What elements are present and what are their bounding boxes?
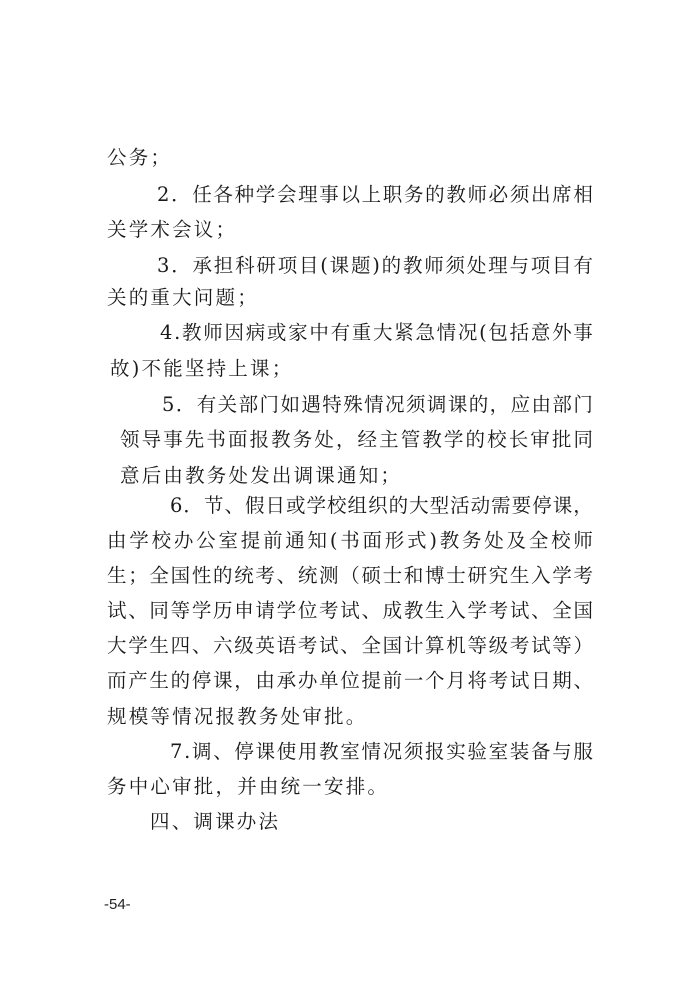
text-line: 故)不能坚持上课；: [110, 354, 293, 384]
text-line: 而产生的停课，由承办单位提前一个月将考试日期、: [107, 666, 593, 696]
text-line: 关的重大问题；: [107, 283, 259, 313]
text-line: 2．任各种学会理事以上职务的教师必须出席相: [157, 180, 593, 210]
text-line: 7.调、停课使用教室情况须报实验室装备与服: [170, 737, 593, 767]
text-line: 公务；: [107, 143, 172, 173]
document-page: 公务；2．任各种学会理事以上职务的教师必须出席相关学术会议；3．承担科研项目(课…: [0, 0, 695, 982]
text-line: 务中心审批，并由统一安排。: [107, 772, 389, 802]
text-line: 四、调课办法: [150, 807, 280, 837]
text-line: 4.教师因病或家中有重大紧急情况(包括意外事: [160, 318, 593, 348]
text-line: 规模等情况报教务处审批。: [107, 702, 367, 732]
text-line: 5．有关部门如遇特殊情况须调课的，应由部门: [162, 390, 593, 420]
page-number: -54-: [104, 896, 131, 913]
text-line: 领导事先书面报教务处，经主管教学的校长审批同: [120, 425, 593, 455]
text-line: 6．节、假日或学校组织的大型活动需要停课，: [170, 491, 593, 521]
text-line: 试、同等学历申请学位考试、成教生入学考试、全国: [107, 596, 593, 626]
text-line: 意后由教务处发出调课通知；: [120, 461, 402, 491]
text-line: 生；全国性的统考、统测（硕士和博士研究生入学考: [107, 561, 593, 591]
text-line: 3．承担科研项目(课题)的教师须处理与项目有: [157, 251, 593, 281]
text-line: 关学术会议；: [107, 215, 237, 245]
text-line: 由学校办公室提前通知(书面形式)教务处及全校师: [107, 526, 593, 556]
text-line: 大学生四、六级英语考试、全国计算机等级考试等）: [107, 631, 593, 661]
